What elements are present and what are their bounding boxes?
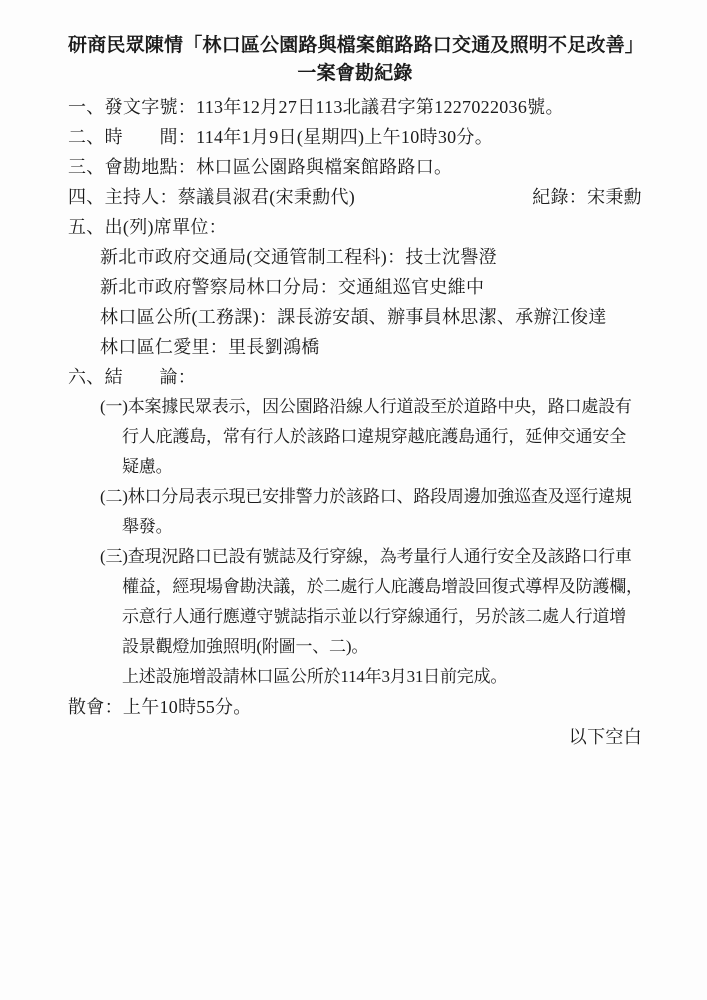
adjourn-line: 散會：上午10時55分。	[68, 692, 642, 722]
conclusion-2-line-2: 舉發。	[68, 512, 642, 542]
host-text: 四、主持人：蔡議員淑君(宋秉勳代)	[68, 182, 355, 212]
conclusion-2-text: 林口分局表示現已安排警力於該路口、路段周邊加強巡查及逕行違規	[128, 487, 632, 506]
conclusion-3-text: 查現況路口已設有號誌及行穿線，為考量行人通行安全及該路口行車	[128, 547, 632, 566]
recorder-text: 紀錄：宋秉勳	[532, 182, 642, 212]
host-recorder-line: 四、主持人：蔡議員淑君(宋秉勳代) 紀錄：宋秉勳	[68, 182, 642, 212]
conclusion-1-line-3: 疑慮。	[68, 452, 642, 482]
attendees-header-line: 五、出(列)席單位：	[68, 212, 642, 242]
title-line-2: 一案會勘紀錄	[68, 60, 642, 88]
conclusion-1-line-2: 行人庇護島，常有行人於該路口違規穿越庇護島通行，延伸交通安全	[68, 422, 642, 452]
conclusion-note-line: 上述設施增設請林口區公所於114年3月31日前完成。	[68, 662, 642, 692]
conclusion-1-text: 本案據民眾表示，因公園路沿線人行道設至於道路中央，路口處設有	[128, 397, 632, 416]
attendee-line: 新北市政府交通局(交通管制工程科)：技士沈譽澄	[68, 242, 642, 272]
meeting-location-line: 三、會勘地點：林口區公園路與檔案館路路口。	[68, 152, 642, 182]
attendee-line: 林口區仁愛里：里長劉鴻橋	[68, 332, 642, 362]
conclusion-3-line-3: 示意行人通行應遵守號誌指示並以行穿線通行，另於該二處人行道增	[68, 602, 642, 632]
attendee-line: 新北市政府警察局林口分局：交通組巡官史維中	[68, 272, 642, 302]
conclusion-3-line-2: 權益，經現場會勘決議，於二處行人庇護島增設回復式導桿及防護欄，	[68, 572, 642, 602]
conclusion-1-line-1: (一)本案據民眾表示，因公園路沿線人行道設至於道路中央，路口處設有	[68, 392, 642, 422]
conclusion-2-marker: (二)	[100, 487, 128, 506]
conclusion-3-line-1: (三)查現況路口已設有號誌及行穿線，為考量行人通行安全及該路口行車	[68, 542, 642, 572]
conclusion-3-line-4: 設景觀燈加強照明(附圖一、二)。	[68, 632, 642, 662]
conclusion-3-marker: (三)	[100, 547, 128, 566]
conclusion-2-line-1: (二)林口分局表示現已安排警力於該路口、路段周邊加強巡查及逕行違規	[68, 482, 642, 512]
footer-blank-note: 以下空白	[68, 722, 642, 752]
attendee-line: 林口區公所(工務課)：課長游安頡、辦事員林思潔、承辦江俊達	[68, 302, 642, 332]
doc-number-line: 一、發文字號：113年12月27日113北議君字第1227022036號。	[68, 92, 642, 122]
conclusion-header-line: 六、結 論：	[68, 362, 642, 392]
conclusion-1-marker: (一)	[100, 397, 128, 416]
document-title: 研商民眾陳情「林口區公園路與檔案館路路口交通及照明不足改善」 一案會勘紀錄	[68, 32, 642, 88]
title-line-1: 研商民眾陳情「林口區公園路與檔案館路路口交通及照明不足改善」	[68, 32, 642, 60]
meeting-time-line: 二、時 間：114年1月9日(星期四)上午10時30分。	[68, 122, 642, 152]
document-page: 研商民眾陳情「林口區公園路與檔案館路路口交通及照明不足改善」 一案會勘紀錄 一、…	[0, 0, 707, 1000]
document-content: 研商民眾陳情「林口區公園路與檔案館路路口交通及照明不足改善」 一案會勘紀錄 一、…	[0, 0, 707, 752]
